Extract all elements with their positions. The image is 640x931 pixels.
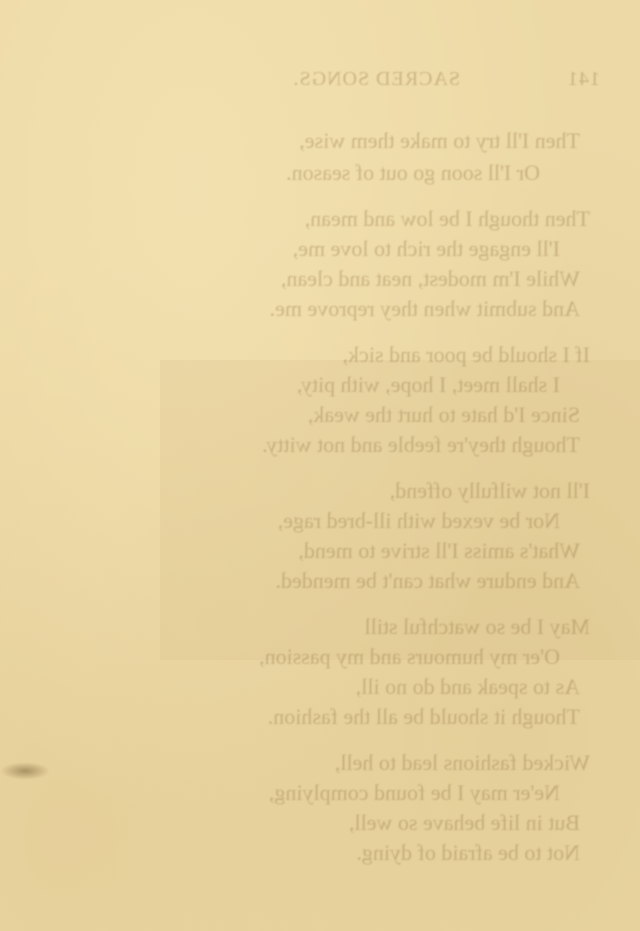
verse-line: I'll not wilfully offend, [390,478,590,504]
verse-line: Since I'd hate to hurt the weak, [308,402,580,428]
verse-line: Then I'll try to make them wise, [299,128,580,154]
verse-line: While I'm modest, neat and clean, [281,266,580,292]
scanned-page: 141 SACRED SONGS. Then I'll try to make … [0,0,640,931]
verse-line: I shall meet, I hope, with pity, [297,372,560,398]
verse-line: May I be so watchful still [365,614,590,640]
verse-line: As to speak and do no ill, [356,674,580,700]
verse-line: And endure what can't be mended. [275,568,580,594]
header-title: SACRED SONGS. [293,68,460,91]
verse-line: Ne'er may I be found complying, [269,780,560,806]
verse-line: I'll engage the rich to love me, [293,236,560,262]
verse-line: Nor be vexed with ill-bred rage, [278,508,560,534]
verse-line: Or I'll soon go out of season. [286,160,540,186]
verse-line: But in life behave so well, [349,810,580,836]
verse-line: What's amiss I'll strive to mend, [298,538,580,564]
ink-stain [0,762,50,780]
verse-line: Not to be afraid of dying. [356,840,580,866]
verse-line: O'er my humours and my passion, [259,644,560,670]
verse-line: Then though I be low and mean, [305,206,590,232]
verse-line: Wicked fashions lead to hell, [335,750,590,776]
verse-line: And submit when they reprove me. [270,296,580,322]
page-number: 141 [567,68,600,91]
verse-line: Though it should be all the fashion. [268,704,580,730]
verse-line: Though they're feeble and not witty. [262,432,580,458]
bleed-through-text: 141 SACRED SONGS. Then I'll try to make … [0,0,640,931]
running-header: 141 SACRED SONGS. [0,68,640,98]
verse-line: If I should be poor and sick, [343,342,590,368]
